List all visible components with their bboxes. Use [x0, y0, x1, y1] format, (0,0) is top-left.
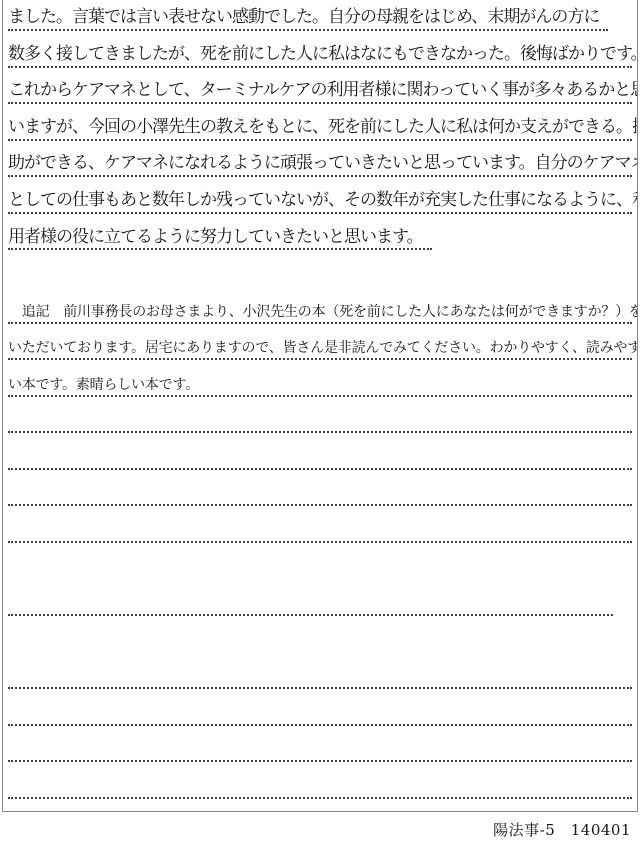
ruled-line-empty [8, 653, 632, 690]
writing-sheet: ました。言葉では言い表せない感動でした。自分の母親をはじめ、末期がんの方に 数多… [2, 0, 638, 812]
blank-spacer [8, 250, 632, 287]
rule-dots [8, 795, 632, 799]
text-line: 用者様の役に立てるように努力していきたいと思います。 [8, 214, 632, 251]
ruled-line-empty [8, 506, 632, 543]
rule-dots [8, 539, 632, 543]
line-text: いますが、今回の小澤先生の教えをもとに、死を前にした人に私は何か支えができる。援 [8, 119, 632, 141]
text-line: いますが、今回の小澤先生の教えをもとに、死を前にした人に私は何か支えができる。援 [8, 104, 632, 141]
ruled-line-empty [8, 726, 632, 763]
text-line: 数多く接してきましたが、死を前にした人に私はなにもできなかった。後悔ばかりです。 [8, 31, 632, 68]
text-line: 助ができる、ケアマネになれるように頑張っていきたいと思っています。自分のケアマネ [8, 141, 632, 178]
rule-dots [8, 502, 632, 506]
text-line: い本です。素晴らしい本です。 [8, 360, 632, 397]
ruled-line-empty [8, 689, 632, 726]
line-text: いただいております。居宅にありますので、皆さん是非読んでみてください。わかりやす… [8, 341, 632, 360]
text-line: これからケアマネとして、ターミナルケアの利用者様に関わっていく事が多々あるかと思 [8, 68, 632, 105]
line-text: 追記 前川事務長のお母さまより、小沢先生の本（死を前にした人にあなたは何ができま… [8, 305, 632, 324]
line-text: これからケアマネとして、ターミナルケアの利用者様に関わっていく事が多々あるかと思 [8, 82, 632, 104]
rule-dots [8, 612, 613, 616]
blank-spacer [8, 616, 632, 653]
blank-spacer [8, 543, 632, 580]
document-page: ました。言葉では言い表せない感動でした。自分の母親をはじめ、末期がんの方に 数多… [0, 0, 640, 847]
line-text: 用者様の役に立てるように努力していきたいと思います。 [8, 229, 432, 251]
rule-dots [8, 722, 632, 726]
line-text: 数多く接してきましたが、死を前にした人に私はなにもできなかった。後悔ばかりです。 [8, 46, 632, 68]
text-line: としての仕事もあと数年しか残っていないが、その数年が充実した仕事になるように、利 [8, 177, 632, 214]
rule-dots [8, 758, 632, 762]
text-line: ました。言葉では言い表せない感動でした。自分の母親をはじめ、末期がんの方に [8, 0, 632, 31]
line-text: としての仕事もあと数年しか残っていないが、その数年が充実した仕事になるように、利 [8, 192, 632, 214]
ruled-line-empty [8, 470, 632, 507]
rule-dots [8, 685, 632, 689]
page-code-label: 陽法事-5 140401 [493, 821, 631, 839]
page-footer: 陽法事-5 140401 [493, 819, 631, 840]
ruled-line-empty [8, 433, 632, 470]
line-text: 助ができる、ケアマネになれるように頑張っていきたいと思っています。自分のケアマネ [8, 155, 632, 177]
text-line: 追記 前川事務長のお母さまより、小沢先生の本（死を前にした人にあなたは何ができま… [8, 287, 632, 324]
rule-dots [8, 466, 632, 470]
ruled-line-empty [8, 579, 632, 616]
rule-dots [8, 429, 632, 433]
ruled-line-empty [8, 397, 632, 434]
text-line: いただいております。居宅にありますので、皆さん是非読んでみてください。わかりやす… [8, 324, 632, 361]
line-text: い本です。素晴らしい本です。 [8, 378, 632, 397]
line-text: ました。言葉では言い表せない感動でした。自分の母親をはじめ、末期がんの方に [8, 9, 608, 31]
ruled-line-empty [8, 762, 632, 799]
